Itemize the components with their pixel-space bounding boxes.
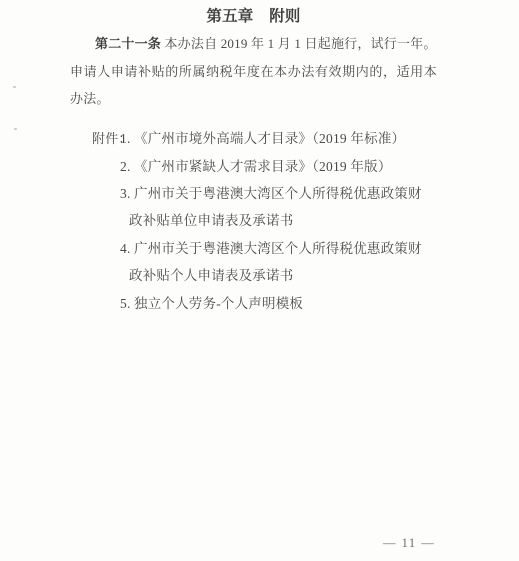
attachments-label: 附件： — [92, 125, 132, 152]
article-paragraph-line-2: 申请人申请补贴的所属纳税年度在本办法有效期内的，适用本 — [70, 58, 437, 85]
attachment-item-4-text: 广州市关于粤港澳大湾区个人所得税优惠政策财 — [134, 241, 422, 256]
article-paragraph-line-3: 办法。 — [70, 85, 437, 112]
attachment-item-2: 2.《广州市紧缺人才需求目录》（2019 年版） — [120, 153, 437, 180]
attachment-item-1: 1.《广州市境外高端人才目录》（2019 年标准） — [120, 125, 437, 152]
attachment-item-4: 4.广州市关于粤港澳大湾区个人所得税优惠政策财 — [120, 235, 437, 262]
chapter-title: 第五章 附则 — [70, 3, 437, 30]
attachment-item-3-text: 广州市关于粤港澳大湾区个人所得税优惠政策财 — [134, 186, 422, 201]
scan-noise-speck — [13, 86, 16, 88]
article-paragraph-line-1: 第二十一条 本办法自 2019 年 1 月 1 日起施行，试行一年。 — [70, 30, 437, 57]
attachment-item-5: 5.独立个人劳务-个人声明模板 — [120, 290, 437, 317]
attachment-item-4-wrapped-line: 政补贴个人申请表及承诺书 — [129, 262, 437, 289]
attachment-item-4-number: 4. — [120, 235, 134, 262]
article-number-label: 第二十一条 — [95, 36, 161, 51]
document-page: 第五章 附则 第二十一条 本办法自 2019 年 1 月 1 日起施行，试行一年… — [0, 0, 519, 561]
attachment-item-1-text: 《广州市境外高端人才目录》（2019 年标准） — [134, 131, 405, 146]
attachment-item-3-number: 3. — [120, 180, 134, 207]
article-paragraph-line-1-text: 本办法自 2019 年 1 月 1 日起施行，试行一年。 — [161, 36, 437, 51]
attachment-item-5-text: 独立个人劳务-个人声明模板 — [134, 296, 303, 311]
page-number: — 11 — — [383, 536, 435, 551]
attachment-item-3-wrapped-line: 政补贴单位申请表及承诺书 — [129, 207, 437, 234]
attachment-item-3: 3.广州市关于粤港澳大湾区个人所得税优惠政策财 — [120, 180, 437, 207]
attachment-item-2-text: 《广州市紧缺人才需求目录》（2019 年版） — [134, 159, 392, 174]
attachment-item-5-number: 5. — [120, 290, 134, 317]
attachment-item-2-number: 2. — [120, 153, 134, 180]
text-column: 第五章 附则 第二十一条 本办法自 2019 年 1 月 1 日起施行，试行一年… — [70, 3, 437, 317]
scan-noise-speck — [14, 128, 17, 130]
attachments-list: 附件： 1.《广州市境外高端人才目录》（2019 年标准） 2.《广州市紧缺人才… — [70, 125, 437, 317]
